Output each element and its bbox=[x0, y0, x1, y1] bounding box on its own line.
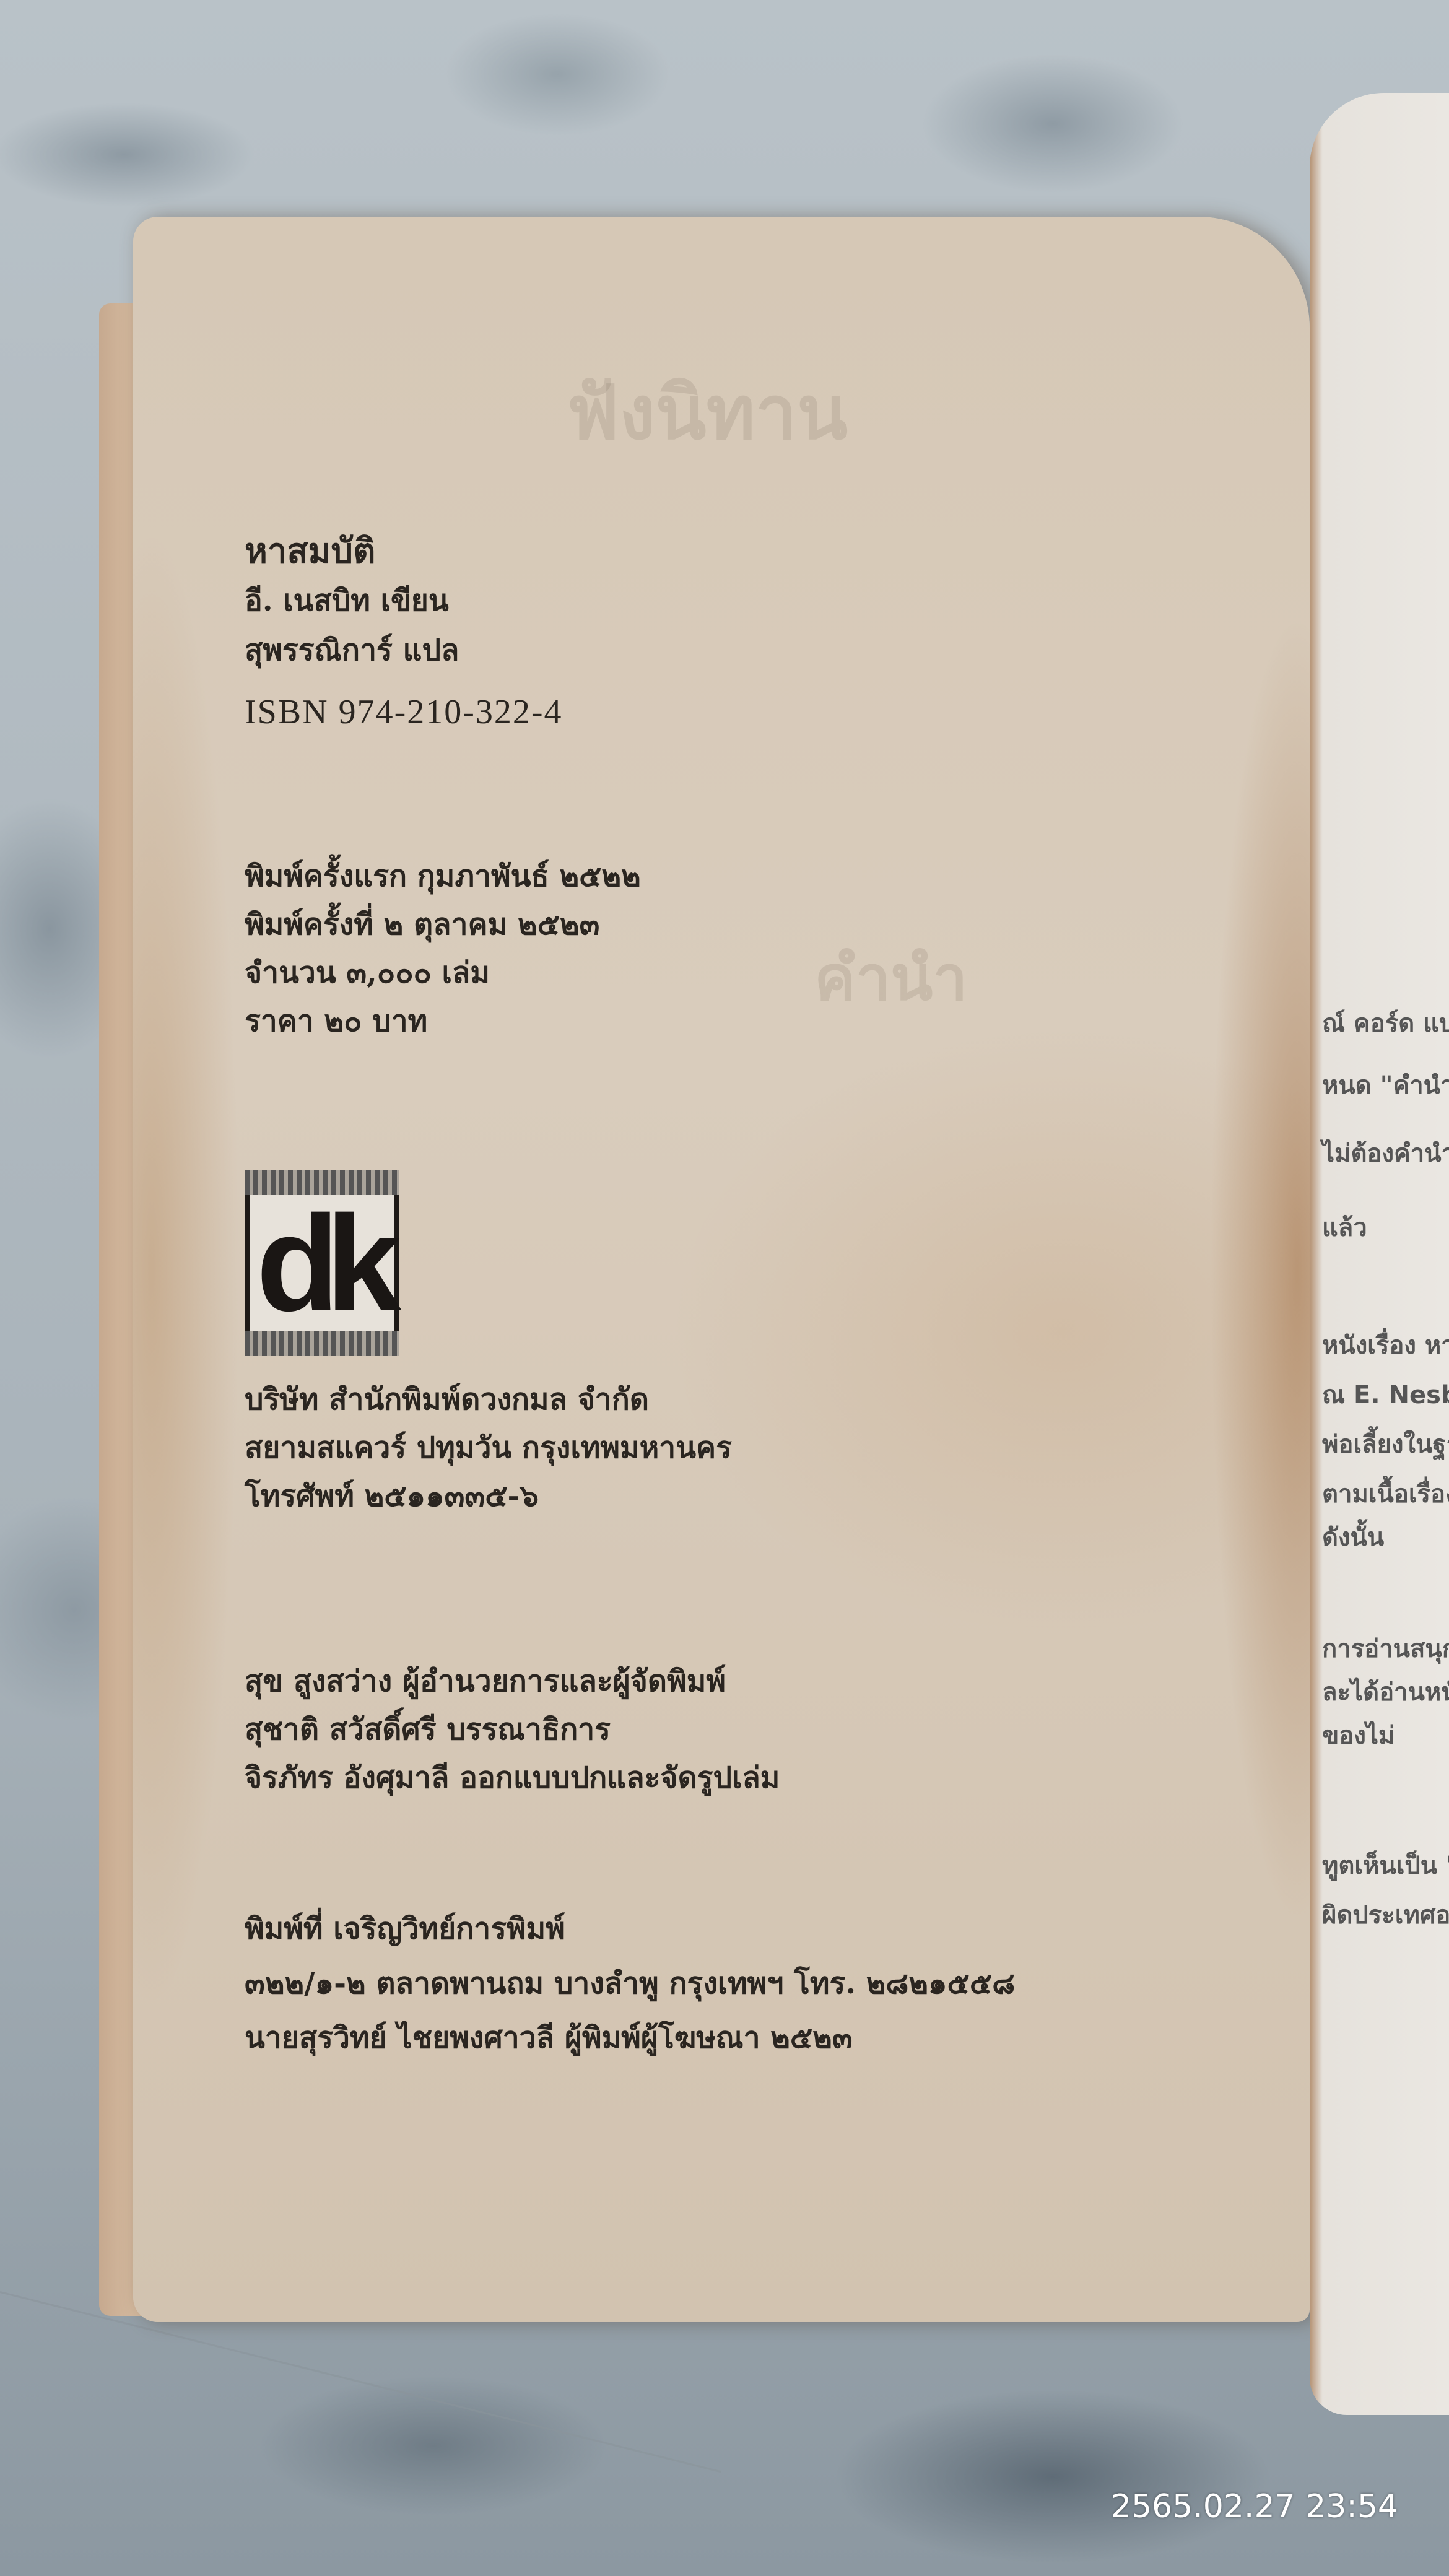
book-info: หาสมบัติ อี. เนสบิท เขียน สุพรรณิการ์ แป… bbox=[245, 529, 563, 734]
facing-page-line: ละได้อ่านหนังสือ bbox=[1322, 1672, 1449, 1712]
facing-page-line: หนังเรื่อง หาสมบัติ bbox=[1322, 1325, 1449, 1365]
facing-page-line: พ่อเลี้ยงในฐานะ bbox=[1322, 1424, 1449, 1464]
publisher-info: บริษัท สำนักพิมพ์ดวงกมล จำกัด สยามสแควร์… bbox=[245, 1378, 732, 1518]
book-title: หาสมบัติ bbox=[245, 529, 563, 573]
facing-page-line: ไม่ต้องคำนำ ก็รู้ bbox=[1322, 1133, 1449, 1173]
printer-name: พิมพ์ที่ เจริญวิทย์การพิมพ์ bbox=[245, 1907, 1015, 1951]
photo-timestamp: 2565.02.27 23:54 bbox=[1111, 2488, 1398, 2525]
printing-info: พิมพ์ครั้งแรก กุมภาพันธ์ ๒๕๒๒ พิมพ์ครั้ง… bbox=[245, 855, 641, 1043]
publisher-address: สยามสแควร์ ปทุมวัน กรุงเทพมหานคร bbox=[245, 1426, 732, 1469]
facing-page-line: ทูตเห็นเป็น " bbox=[1322, 1845, 1449, 1885]
isbn: ISBN 974-210-322-4 bbox=[245, 690, 563, 734]
facing-page: ณ์ คอร์ด แบะ หนด "คำนำ" ไม่ ไม่ต้องคำนำ … bbox=[1310, 93, 1449, 2415]
facing-page-line: ดังนั้น bbox=[1322, 1517, 1384, 1557]
facing-page-line: ณ E. Nesbit นักเขียน bbox=[1322, 1375, 1449, 1414]
facing-page-line: แล้ว bbox=[1322, 1207, 1367, 1247]
facing-page-line: ตามเนื้อเรื่อง อ่านไปก bbox=[1322, 1474, 1449, 1513]
bleed-through-text: ฟังนิทาน bbox=[567, 353, 848, 471]
facing-page-line: การอ่านสนุกแล้วไ bbox=[1322, 1629, 1449, 1668]
second-print: พิมพ์ครั้งที่ ๒ ตุลาคม ๒๕๒๓ bbox=[245, 903, 641, 946]
printer-advertiser: นายสุรวิทย์ ไชยพงศาวลี ผู้พิมพ์ผู้โฆษณา … bbox=[245, 2016, 1015, 2060]
printer-info: พิมพ์ที่ เจริญวิทย์การพิมพ์ ๓๒๒/๑-๒ ตลาด… bbox=[245, 1907, 1015, 2060]
facing-page-line: ผิดประเทศอยู่เสมอ bbox=[1322, 1895, 1449, 1934]
printer-address: ๓๒๒/๑-๒ ตลาดพานถม บางลำพู กรุงเทพฯ โทร. … bbox=[245, 1962, 1015, 2005]
logo-body: dk bbox=[245, 1195, 399, 1331]
editor-line: สุชาติ สวัสดิ์ศรี บรรณาธิการ bbox=[245, 1708, 780, 1751]
author-line: อี. เนสบิท เขียน bbox=[245, 579, 563, 622]
facing-page-line: หนด "คำนำ" ไม่ bbox=[1322, 1065, 1449, 1105]
first-print: พิมพ์ครั้งแรก กุมภาพันธ์ ๒๕๒๒ bbox=[245, 855, 641, 898]
designer-line: จิรภัทร อังศุมาลี ออกแบบปกและจัดรูปเล่ม bbox=[245, 1756, 780, 1799]
facing-page-line: ณ์ คอร์ด แบะ bbox=[1322, 1003, 1449, 1043]
publisher-phone: โทรศัพท์ ๒๕๑๑๓๓๕-๖ bbox=[245, 1474, 732, 1518]
price: ราคา ๒๐ บาท bbox=[245, 999, 641, 1043]
staff-info: สุข สูงสว่าง ผู้อำนวยการและผู้จัดพิมพ์ ส… bbox=[245, 1660, 780, 1799]
copies: จำนวน ๓,๐๐๐ เล่ม bbox=[245, 951, 641, 994]
translator-line: สุพรรณิการ์ แปล bbox=[245, 629, 563, 672]
bleed-through-text: คำนำ bbox=[814, 929, 968, 1027]
director-line: สุข สูงสว่าง ผู้อำนวยการและผู้จัดพิมพ์ bbox=[245, 1660, 780, 1703]
dk-logo: dk bbox=[245, 1170, 399, 1356]
publisher-company: บริษัท สำนักพิมพ์ดวงกมล จำกัด bbox=[245, 1378, 732, 1421]
facing-page-line: ของไม่ bbox=[1322, 1715, 1395, 1755]
logo-letters: dk bbox=[256, 1195, 388, 1331]
